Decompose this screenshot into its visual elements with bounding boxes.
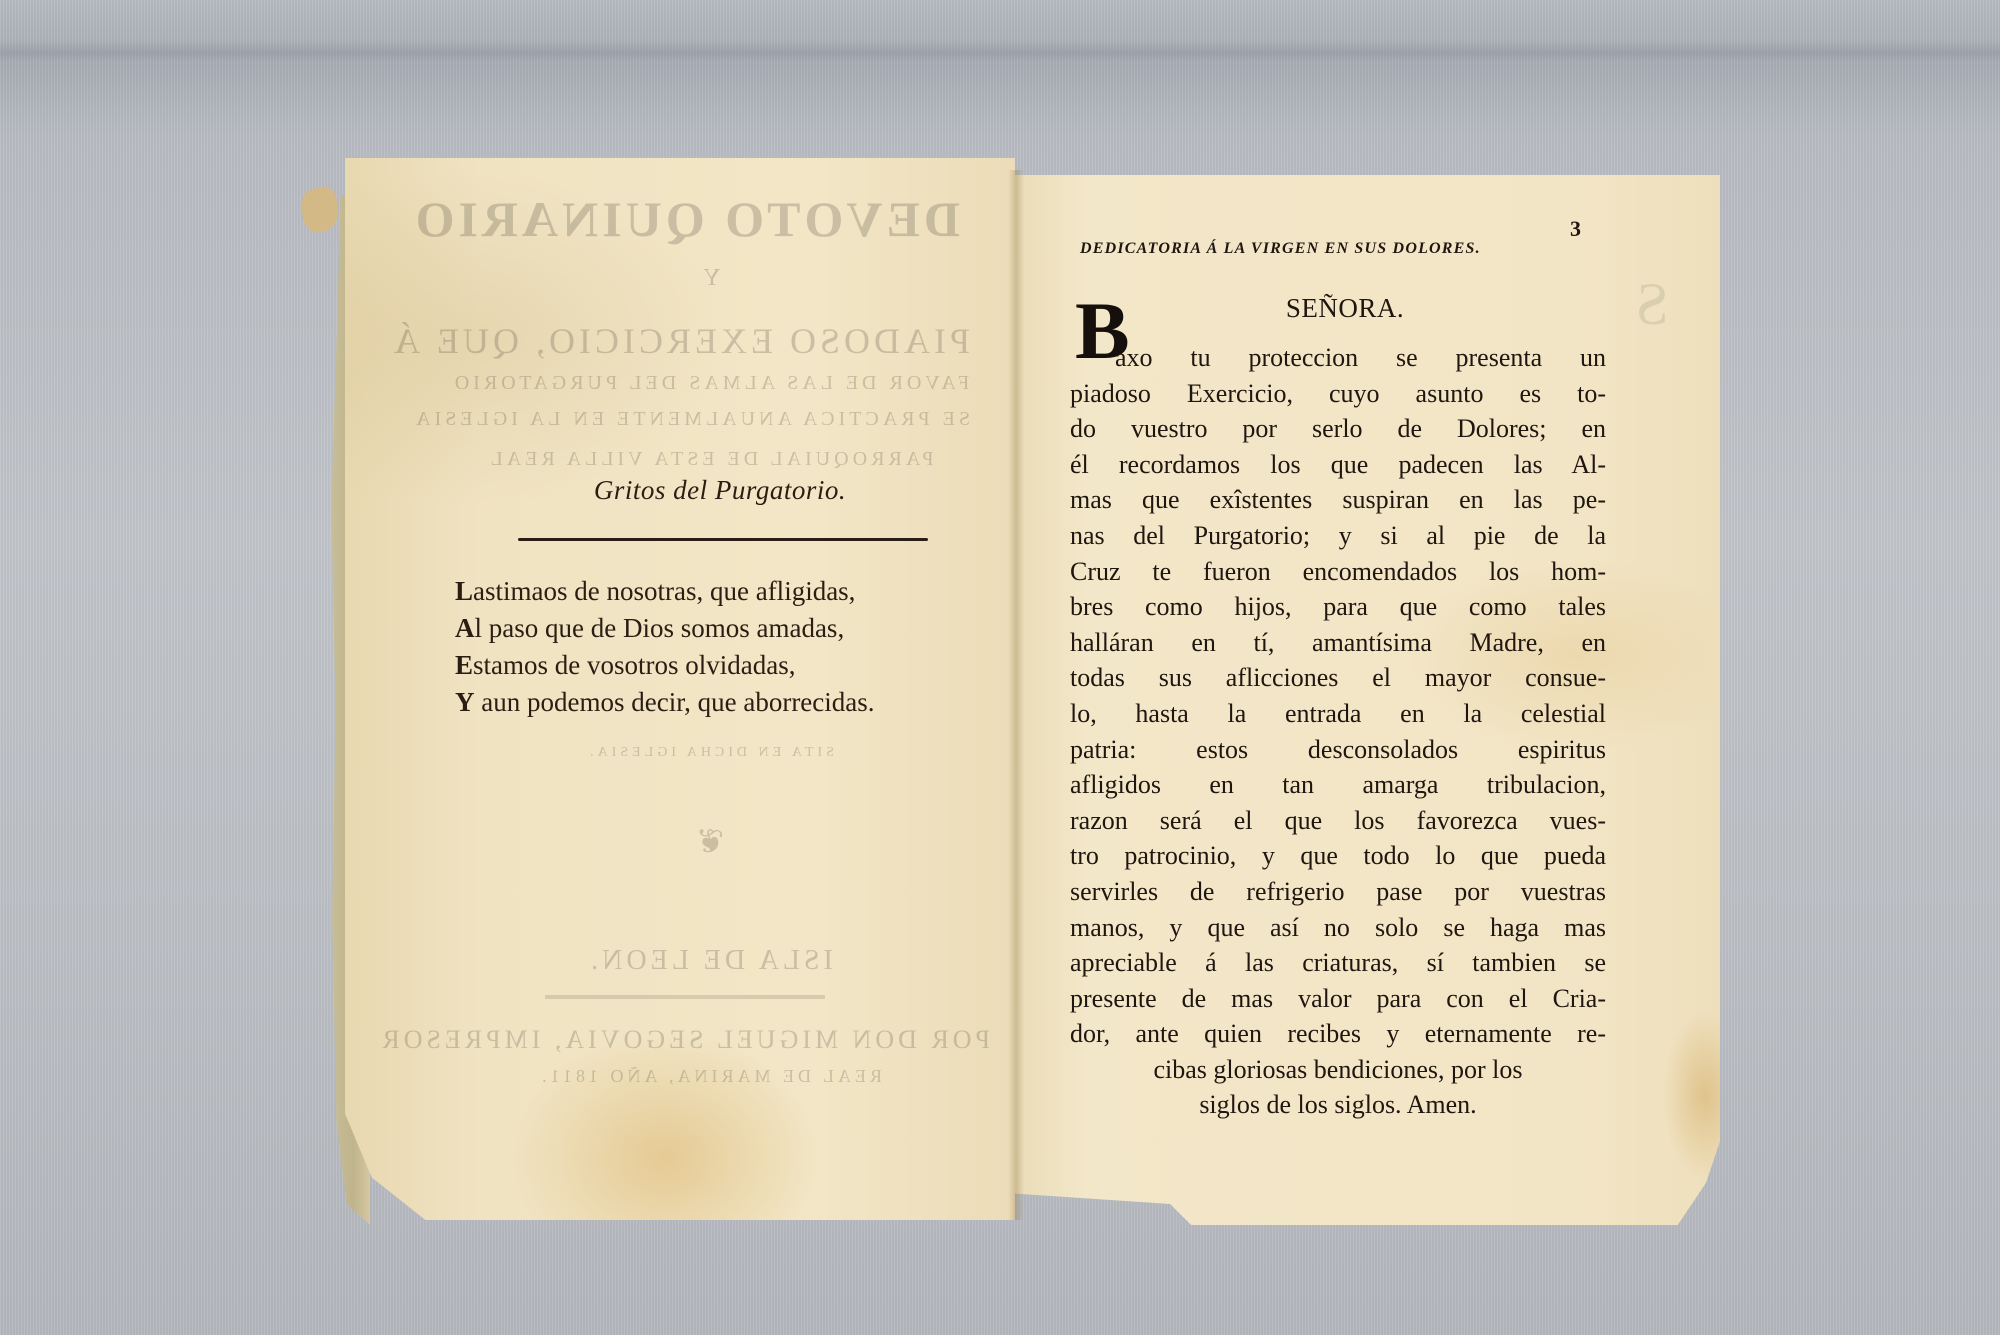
text-line: servirles de refrigerio pase por vuestra…	[1070, 874, 1606, 910]
text-line: cibas gloriosas bendiciones, por los	[1070, 1052, 1606, 1088]
bleed-through-imprint: REAL DE MARINA, AÑO 1811.	[450, 1066, 970, 1087]
text-line: afligidos en tan amarga tribulacion,	[1070, 767, 1606, 803]
bleed-through-initial: S	[1590, 270, 1710, 339]
book-gutter	[1008, 170, 1024, 1220]
bleed-through-line: SE PRACTICA ANUALMENTE EN LA IGLESIA	[450, 408, 970, 431]
bleed-through-title: DEVOTO QUINARIO	[460, 190, 960, 248]
bleed-through-ornament-icon: ❦	[650, 822, 770, 862]
verse-line: Al paso que de Dios somos amadas,	[455, 610, 1015, 647]
text-line: tro patrocinio, y que todo lo que pueda	[1070, 838, 1606, 874]
verse-line: Estamos de vosotros olvidadas,	[455, 647, 1015, 684]
text-line: presente de mas valor para con el Cria-	[1070, 981, 1606, 1017]
page-number: 3	[1570, 216, 1581, 242]
bleed-through-rule	[545, 995, 825, 999]
text-line: apreciable á las criaturas, sí tambien s…	[1070, 945, 1606, 981]
verse-line: Lastimaos de nosotras, que afligidas,	[455, 573, 1015, 610]
text-line: él recordamos los que padecen las Al-	[1070, 447, 1606, 483]
bleed-through-place: ISLA DE LEON.	[450, 945, 970, 977]
text-line: todas sus aflicciones el mayor consue-	[1070, 660, 1606, 696]
torn-paper-tab	[299, 186, 341, 235]
open-book: DEVOTO QUINARIO Y PIADOSO EXERCICIO, QUE…	[0, 0, 2000, 1335]
poem-title: Gritos del Purgatorio.	[440, 475, 1000, 506]
text-line: do vuestro por serlo de Dolores; en	[1070, 411, 1606, 447]
bleed-through-line: SITA EN DICHA IGLESIA.	[450, 745, 970, 761]
text-line: nas del Purgatorio; y si al pie de la	[1070, 518, 1606, 554]
text-line: manos, y que así no solo se haga mas	[1070, 910, 1606, 946]
text-line: dor, ante quien recibes y eternamente re…	[1070, 1016, 1606, 1052]
text-line: siglos de los siglos. Amen.	[1070, 1087, 1606, 1123]
text-line: halláran en tí, amantísima Madre, en	[1070, 625, 1606, 661]
text-line: piadoso Exercicio, cuyo asunto es to-	[1070, 376, 1606, 412]
horizontal-rule	[518, 538, 928, 541]
text-line: Cruz te fueron encomendados los hom-	[1070, 554, 1606, 590]
poem-stanza: Lastimaos de nosotras, que afligidas, Al…	[455, 573, 1015, 721]
text-line: lo, hasta la entrada en la celestial	[1070, 696, 1606, 732]
text-line: bres como hijos, para que como tales	[1070, 589, 1606, 625]
salutation-heading: SEÑORA.	[1195, 293, 1495, 324]
text-line: razon será el que los favorezca vues-	[1070, 803, 1606, 839]
bleed-through-conjunction: Y	[460, 265, 960, 292]
bleed-through-line: PARROQUIAL DE ESTA VILLA REAL	[450, 448, 970, 471]
dedication-body: axo tu proteccion se presenta un piadoso…	[1070, 340, 1606, 1123]
text-line: axo tu proteccion se presenta un	[1070, 340, 1606, 376]
bleed-through-line: FAVOR DE LAS ALMAS DEL PURGATORIO	[450, 372, 970, 395]
bleed-through-line: PIADOSO EXERCICIO, QUE Á	[450, 320, 970, 362]
running-head: DEDICATORIA Á LA VIRGEN EN SUS DOLORES.	[1080, 240, 1600, 258]
bleed-through-printer: POR DON MIGUEL SEGOVIA, IMPRESOR	[430, 1025, 990, 1055]
verse-line: Y aun podemos decir, que aborrecidas.	[455, 684, 1015, 721]
text-line: patria: estos desconsolados espiritus	[1070, 732, 1606, 768]
text-line: mas que exîstentes suspiran en las pe-	[1070, 482, 1606, 518]
